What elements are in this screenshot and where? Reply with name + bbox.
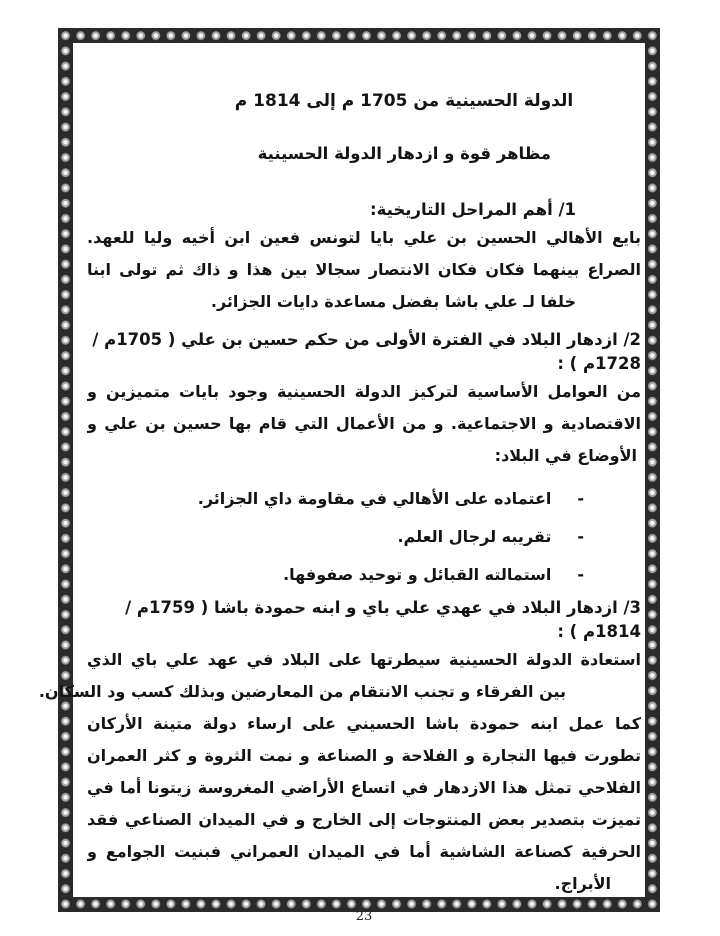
bullet-dash: -	[577, 556, 584, 594]
paragraph-line: تميزت بتصدير بعض المنتوجات إلى الخارج و …	[87, 804, 641, 836]
bullet-text: تقريبه لرجال العلم.	[397, 518, 551, 556]
bullet-item: - تقريبه لرجال العلم.	[87, 518, 641, 556]
paragraph-line: الاقتصادية و الاجتماعية. و من الأعمال ال…	[87, 408, 641, 440]
section-1-heading: 1/ أهم المراحل التاريخية:	[87, 198, 641, 222]
document-page: الدولة الحسينية من 1705 م إلى 1814 م مظا…	[73, 43, 645, 897]
paragraph-line: الفلاحي تمثل هذا الازدهار في اتساع الأرا…	[87, 772, 641, 804]
paragraph-line: خلفا لـ علي باشا بفضل مساعدة دايات الجزا…	[87, 286, 641, 318]
paragraph-line: استعادة الدولة الحسينية سيطرتها على البل…	[87, 644, 641, 676]
paragraph-line: بايع الأهالي الحسين بن علي بايا لتونس فع…	[87, 222, 641, 254]
bullet-dash: -	[577, 518, 584, 556]
bullet-text: استمالته القبائل و توحيد صفوفها.	[283, 556, 551, 594]
paragraph-line: بين الفرقاء و تجنب الانتقام من المعارضين…	[87, 676, 641, 708]
paragraph-line: الحرفية كصناعة الشاشية أما في الميدان ال…	[87, 836, 641, 868]
decorative-bead-border: الدولة الحسينية من 1705 م إلى 1814 م مظا…	[58, 28, 660, 912]
bullet-item: - استمالته القبائل و توحيد صفوفها.	[87, 556, 641, 594]
paragraph-line: الأبراج.	[87, 868, 641, 900]
doc-subtitle: مظاهر قوة و ازدهار الدولة الحسينية	[87, 142, 641, 166]
paragraph-line: كما عمل ابنه حمودة باشا الحسيني على ارسا…	[87, 708, 641, 740]
bullet-item: - اعتماده على الأهالي في مقاومة داي الجز…	[87, 480, 641, 518]
paragraph-line: الأوضاع في البلاد:	[87, 440, 641, 472]
paragraph-line: الصراع بينهما فكان فكان الانتصار سجالا ب…	[87, 254, 641, 286]
doc-title: الدولة الحسينية من 1705 م إلى 1814 م	[87, 88, 641, 114]
section-2-heading: 2/ ازدهار البلاد في الفترة الأولى من حكم…	[87, 328, 641, 376]
paragraph-line: تطورت فيها التجارة و الفلاحة و الصناعة و…	[87, 740, 641, 772]
section-3-heading: 3/ ازدهار البلاد في عهدي علي باي و ابنه …	[87, 596, 641, 644]
paragraph-line: من العوامل الأساسية لتركيز الدولة الحسين…	[87, 376, 641, 408]
bullet-dash: -	[577, 480, 584, 518]
page-number: 23	[87, 908, 641, 926]
bullet-text: اعتماده على الأهالي في مقاومة داي الجزائ…	[198, 480, 552, 518]
bullet-list: - اعتماده على الأهالي في مقاومة داي الجز…	[87, 480, 641, 594]
